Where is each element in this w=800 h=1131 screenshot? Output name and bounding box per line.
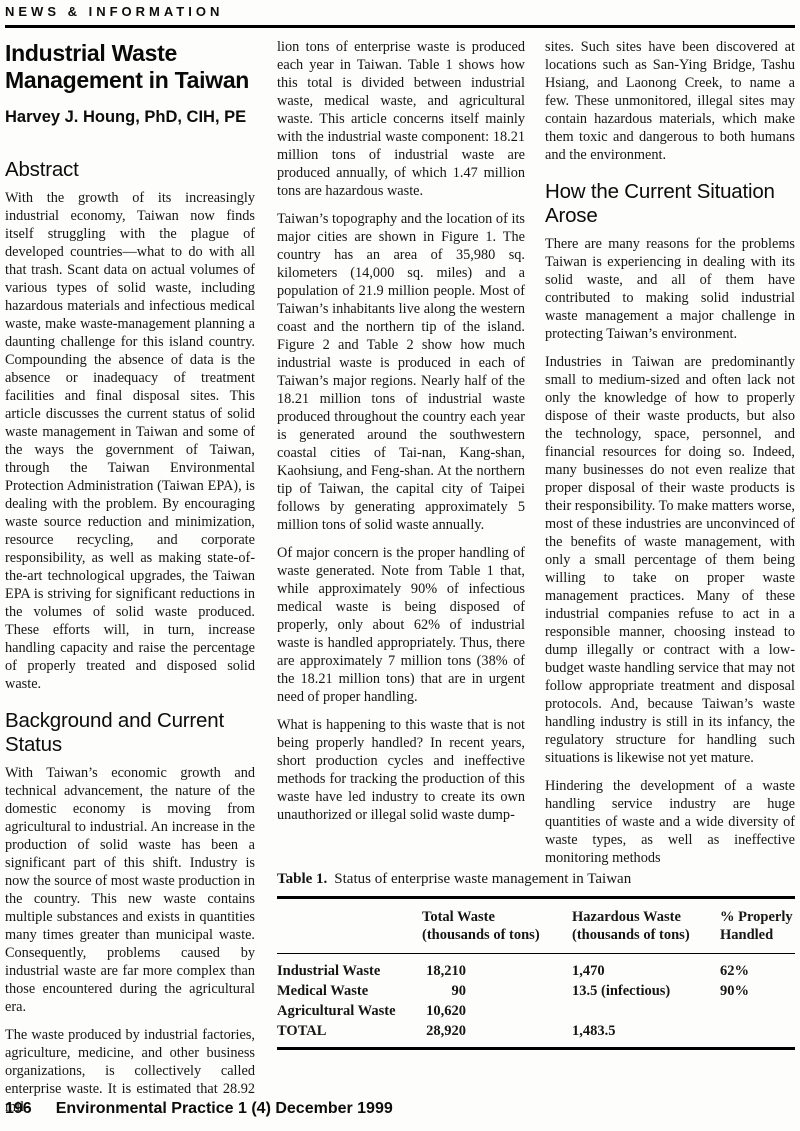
- table-header-total-line2: (thousands of tons): [422, 926, 572, 944]
- table-header-empty: [277, 908, 422, 944]
- table-header-hazardous-line1: Hazardous Waste: [572, 908, 720, 926]
- table-row-agricultural: Agricultural Waste 10,620: [277, 1001, 795, 1021]
- column-2: lion tons of enterprise waste is produce…: [277, 38, 525, 834]
- table-cell-total-value: 90: [422, 981, 466, 1001]
- table-cell-total: 18,210: [422, 961, 572, 981]
- paragraph: lion tons of enterprise waste is produce…: [277, 38, 525, 200]
- table-caption-label: Table 1.: [277, 871, 327, 887]
- table-header-hazardous-waste: Hazardous Waste (thousands of tons): [572, 908, 720, 944]
- article-page: NEWS & INFORMATION Industrial Waste Mana…: [0, 0, 800, 1131]
- article-title: Industrial Waste Management in Taiwan: [5, 40, 255, 94]
- table-row-total: TOTAL 28,920 1,483.5: [277, 1021, 795, 1041]
- table-cell-total-value: 28,920: [422, 1021, 466, 1041]
- heading-background: Background and Current Status: [5, 709, 255, 757]
- table-header-hazardous-line2: (thousands of tons): [572, 926, 720, 944]
- paragraph: With Taiwan’s economic growth and techni…: [5, 764, 255, 1016]
- table-rule-bottom: [277, 1047, 795, 1050]
- table-caption: Table 1.Status of enterprise waste manag…: [277, 870, 795, 889]
- page-footer: 196Environmental Practice 1 (4) December…: [5, 1100, 393, 1118]
- table-header-row: Total Waste (thousands of tons) Hazardou…: [277, 899, 795, 953]
- table-cell-label: Agricultural Waste: [277, 1001, 422, 1021]
- paragraph: There are many reasons for the problems …: [545, 235, 795, 343]
- paragraph: What is happening to this waste that is …: [277, 716, 525, 824]
- table-cell-properly: 62%: [720, 961, 795, 981]
- table-1: Table 1.Status of enterprise waste manag…: [277, 870, 795, 1050]
- masthead-rule: [5, 25, 795, 28]
- paragraph: Taiwan’s topography and the location of …: [277, 210, 525, 534]
- column-3: sites. Such sites have been discovered a…: [545, 38, 795, 877]
- table-header-total-waste: Total Waste (thousands of tons): [422, 908, 572, 944]
- table-cell-properly: [720, 1001, 795, 1021]
- paragraph: Industries in Taiwan are predominantly s…: [545, 353, 795, 767]
- author-byline: Harvey J. Houng, PhD, CIH, PE: [5, 108, 255, 126]
- table-cell-total-value: 10,620: [422, 1001, 466, 1021]
- table-cell-properly: [720, 1021, 795, 1041]
- table-cell-hazardous: 13.5 (infectious): [572, 981, 720, 1001]
- table-cell-hazardous: 1,483.5: [572, 1021, 720, 1041]
- section-eyebrow: NEWS & INFORMATION: [5, 4, 223, 19]
- heading-current-situation: How the Current Situation Arose: [545, 180, 795, 228]
- table-body: Industrial Waste 18,210 1,470 62% Medica…: [277, 954, 795, 1047]
- table-cell-total: 90: [422, 981, 572, 1001]
- table-header-properly-line1: % Properly: [720, 908, 795, 926]
- table-cell-properly: 90%: [720, 981, 795, 1001]
- table-cell-total: 28,920: [422, 1021, 572, 1041]
- table-row-medical: Medical Waste 90 13.5 (infectious) 90%: [277, 981, 795, 1001]
- table-caption-text: Status of enterprise waste management in…: [334, 871, 631, 887]
- table-header-total-line1: Total Waste: [422, 908, 572, 926]
- heading-abstract: Abstract: [5, 158, 255, 182]
- table-cell-label: Medical Waste: [277, 981, 422, 1001]
- paragraph: Of major concern is the proper handling …: [277, 544, 525, 706]
- column-1: Industrial Waste Management in Taiwan Ha…: [5, 38, 255, 1126]
- table-cell-hazardous: [572, 1001, 720, 1021]
- table-cell-label: TOTAL: [277, 1021, 422, 1041]
- table-cell-hazardous: 1,470: [572, 961, 720, 981]
- table-cell-total: 10,620: [422, 1001, 572, 1021]
- journal-citation: Environmental Practice 1 (4) December 19…: [56, 1100, 393, 1117]
- page-number: 196: [5, 1100, 32, 1117]
- abstract-paragraph: With the growth of its increasingly indu…: [5, 189, 255, 693]
- table-cell-total-value: 18,210: [422, 961, 466, 981]
- paragraph: sites. Such sites have been discovered a…: [545, 38, 795, 164]
- table-row-industrial: Industrial Waste 18,210 1,470 62%: [277, 961, 795, 981]
- paragraph: Hindering the development of a waste han…: [545, 777, 795, 867]
- table-cell-label: Industrial Waste: [277, 961, 422, 981]
- table-header-properly-handled: % Properly Handled: [720, 908, 795, 944]
- article-title-line1: Industrial Waste: [5, 40, 255, 67]
- article-title-line2: Management in Taiwan: [5, 67, 255, 94]
- table-header-properly-line2: Handled: [720, 926, 795, 944]
